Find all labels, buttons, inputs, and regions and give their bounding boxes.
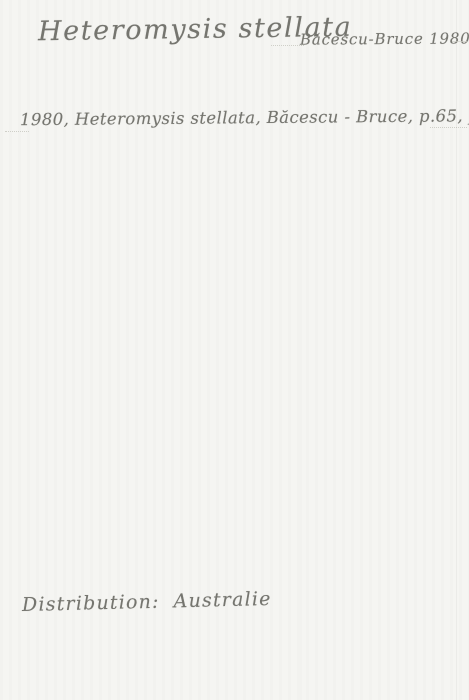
distribution-line: Distribution:Australie <box>22 588 272 616</box>
ruled-line-fragment <box>430 127 467 128</box>
citation-line: 1980, Heteromysis stellata, Băcescu - Br… <box>20 106 469 129</box>
index-card: Heteromysis stellata Băcescu-Bruce 1980 … <box>0 0 469 700</box>
ruled-line-fragment <box>452 41 467 42</box>
author-year: Băcescu-Bruce 1980 <box>300 29 469 48</box>
scan-streak <box>300 0 302 700</box>
distribution-value: Australie <box>173 588 271 612</box>
distribution-label: Distribution: <box>22 591 160 616</box>
scan-streak <box>456 0 457 700</box>
ruled-line-fragment <box>5 131 29 132</box>
